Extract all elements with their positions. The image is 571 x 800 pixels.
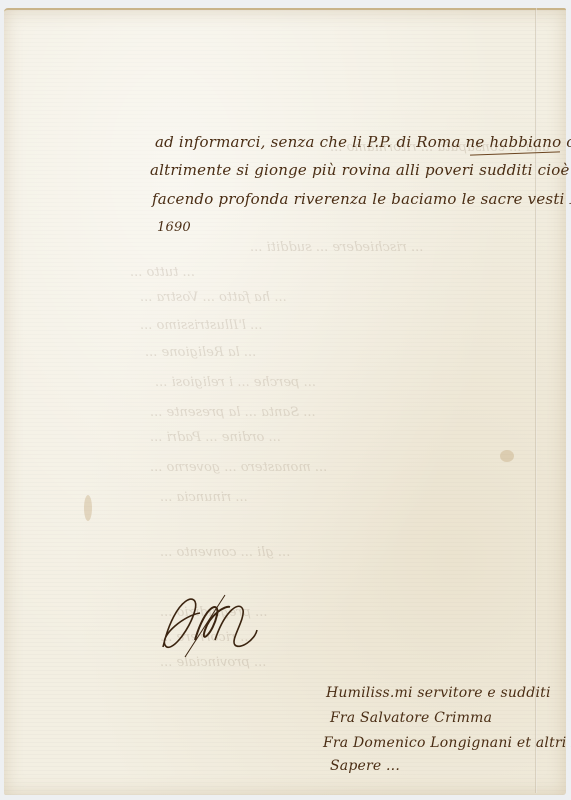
closing-line-3: Fra Domenico Longignani et altri Frat. xyxy=(323,735,571,751)
bleed-line: ... tutto ... xyxy=(130,265,195,280)
body-line-1: ad informarci, senza che li P.P. di Roma… xyxy=(155,133,571,151)
bleed-line: ... monastero ... governo ... xyxy=(150,460,327,475)
closing-line-2: Fra Salvatore Crimma xyxy=(330,710,492,726)
signature-flourish-icon xyxy=(155,585,265,660)
bleed-line: ... rinuncia ... xyxy=(160,490,248,505)
closing-line-1: Humiliss.mi servitore e sudditi xyxy=(326,685,551,701)
body-line-3: facendo profonda riverenza le baciamo le… xyxy=(152,190,571,208)
bleed-line: ... rischiedere ... sudditi ... xyxy=(250,240,423,255)
bleed-line: ... perche ... i religiosi ... xyxy=(155,375,316,390)
ink-stain xyxy=(84,495,92,521)
manuscript-page xyxy=(4,8,566,795)
bleed-line: ... gli ... convento ... xyxy=(160,545,290,560)
closing-line-4: Sapere ... xyxy=(330,758,400,774)
bleed-line: ... ha fatto ... Vostra ... xyxy=(140,290,287,305)
page-fold-line xyxy=(535,8,537,793)
bleed-line: ... l'Illustrissimo ... xyxy=(140,318,263,333)
date-year: 1690 xyxy=(157,220,191,235)
body-line-2: altrimente si gionge più rovina alli pov… xyxy=(150,161,571,179)
bleed-line: ... Santa ... la presente ... xyxy=(150,405,316,420)
ink-stain xyxy=(500,450,514,462)
bleed-line: ... ordine ... Padri ... xyxy=(150,430,281,445)
bleed-line: ... la Religione ... xyxy=(145,345,256,360)
